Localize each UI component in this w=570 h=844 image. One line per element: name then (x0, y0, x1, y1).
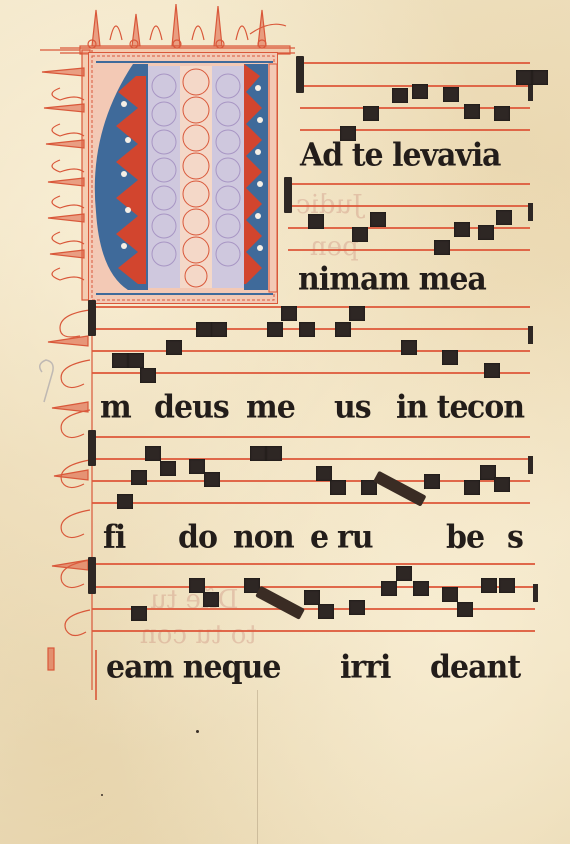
staff-line (92, 586, 535, 588)
neume-square-note (266, 446, 282, 461)
fold-crease (257, 690, 258, 844)
neume-square-note (189, 459, 205, 474)
lyric-syllable: Ad te levavi (300, 137, 482, 174)
neume-square-note (392, 88, 408, 103)
ink-speck (101, 794, 103, 796)
staff-line (92, 563, 535, 565)
neume-square-note (434, 240, 450, 255)
neume-square-note (381, 581, 397, 596)
neume-square-note (250, 446, 266, 461)
neume-square-note (443, 87, 459, 102)
neume-square-note (481, 578, 497, 593)
neume-square-note (464, 104, 480, 119)
staff-line (92, 630, 535, 632)
c-clef-icon (88, 430, 96, 466)
lyric-syllable: non (233, 519, 294, 556)
neume-square-note (499, 578, 515, 593)
lyric-syllable: me (246, 389, 295, 426)
neume-square-note (516, 70, 532, 85)
staff-line (92, 306, 530, 308)
neume-square-note (484, 363, 500, 378)
neume-square-note (532, 70, 548, 85)
lyric-syllable: us (334, 389, 371, 426)
neume-square-note (145, 446, 161, 461)
custos-icon (528, 326, 533, 344)
neume-square-note (308, 214, 324, 229)
neume-square-note (189, 578, 205, 593)
custos-icon (528, 203, 533, 221)
neume-square-note (131, 606, 147, 621)
lyric-syllable: do (178, 519, 217, 556)
neume-square-note (196, 322, 212, 337)
neume-square-note (281, 306, 297, 321)
neume-square-note (349, 306, 365, 321)
neume-square-note (478, 225, 494, 240)
neume-square-note (335, 322, 351, 337)
ink-speck (196, 730, 199, 733)
neume-square-note (363, 106, 379, 121)
staff-line (92, 350, 530, 352)
staff-line (300, 62, 530, 64)
custos-icon (533, 584, 538, 602)
neume-square-note (352, 227, 368, 242)
neume-square-note (203, 592, 219, 607)
neume-square-note (117, 494, 133, 509)
neume-square-note (442, 350, 458, 365)
staff-line (300, 129, 530, 131)
lyric-syllable: nimam mea (298, 261, 486, 298)
neume-square-note (464, 480, 480, 495)
neume-square-note (494, 106, 510, 121)
neume-square-note (496, 210, 512, 225)
staff-line (288, 205, 530, 207)
staff-line (92, 372, 530, 374)
c-clef-icon (88, 300, 96, 336)
neume-square-note (454, 222, 470, 237)
lyric-syllable: in te (396, 389, 468, 426)
neume-square-note (211, 322, 227, 337)
lyric-syllable: m (100, 389, 131, 426)
illuminated-initial (88, 52, 278, 304)
neume-square-note (267, 322, 283, 337)
neume-square-note (396, 566, 412, 581)
c-clef-icon (88, 557, 96, 594)
lyric-syllable: ru (337, 519, 373, 556)
lyric-syllable: irri (340, 649, 390, 686)
staff-line (92, 502, 530, 504)
neume-square-note (318, 604, 334, 619)
neume-square-note (442, 587, 458, 602)
neume-square-note (349, 600, 365, 615)
neume-square-note (204, 472, 220, 487)
neume-square-note (140, 368, 156, 383)
neume-square-note (412, 84, 428, 99)
lyric-syllable: con (467, 389, 524, 426)
neume-square-note (424, 474, 440, 489)
lyric-syllable: e (310, 519, 328, 556)
lyric-syllable: deant (430, 649, 520, 686)
custos-icon (528, 83, 533, 101)
lyric-syllable: s (507, 519, 523, 556)
staff-line (92, 436, 530, 438)
staff-line (288, 249, 530, 251)
neume-square-note (304, 590, 320, 605)
c-clef-icon (296, 56, 304, 93)
neume-square-note (401, 340, 417, 355)
neume-square-note (166, 340, 182, 355)
lyric-syllable: deus (154, 389, 229, 426)
lyric-syllable: a (482, 137, 500, 174)
custos-icon (528, 456, 533, 474)
staff-line (288, 183, 530, 185)
neume-square-note (370, 212, 386, 227)
neume-square-note (299, 322, 315, 337)
c-clef-icon (284, 177, 292, 213)
lyric-syllable: be (446, 519, 484, 556)
bleed-through-text: to tu con (140, 620, 257, 650)
lyric-syllable: fi (103, 519, 125, 556)
neume-square-note (128, 353, 144, 368)
neume-square-note (160, 461, 176, 476)
lyric-syllable: eam neque (106, 649, 281, 686)
neume-square-note (316, 466, 332, 481)
neume-square-note (131, 470, 147, 485)
neume-square-note (112, 353, 128, 368)
neume-square-note (330, 480, 346, 495)
neume-square-note (494, 477, 510, 492)
neume-square-note (457, 602, 473, 617)
neume-square-note (413, 581, 429, 596)
